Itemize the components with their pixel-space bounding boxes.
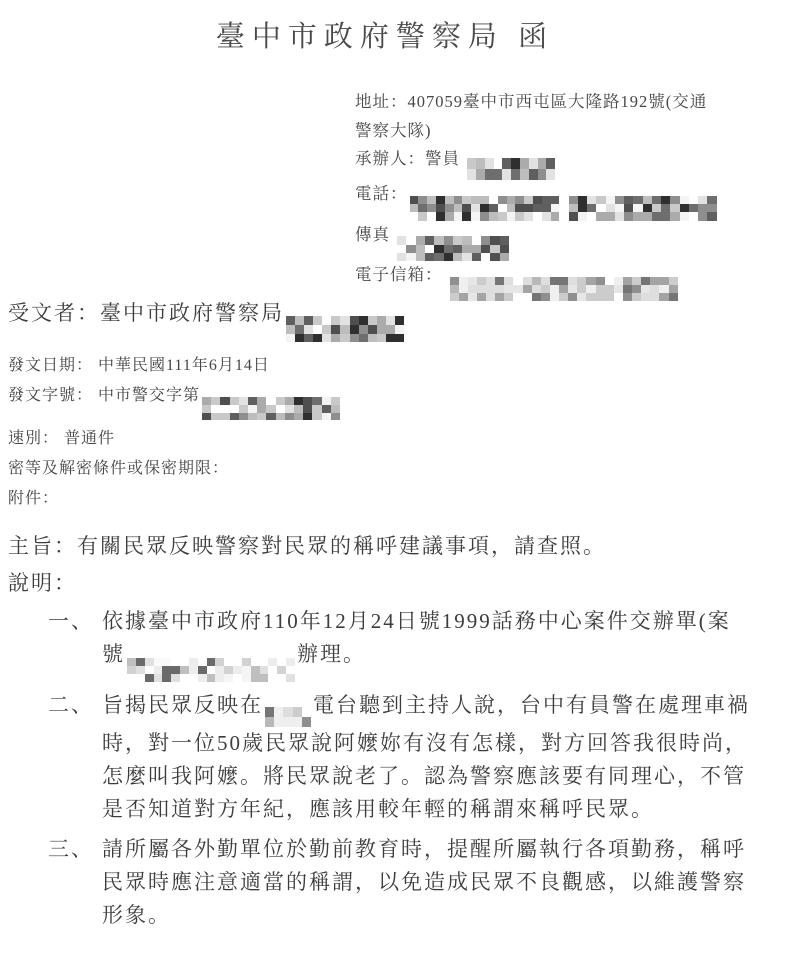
explanation-item: 一、依據臺中市政府110年12月24日號1999話務中心案件交辦單(案號辦理。 [48, 605, 763, 682]
redacted-mosaic [202, 397, 340, 420]
text-segment: 附件： [8, 490, 59, 507]
redacted-mosaic [286, 316, 404, 342]
text-segment: 傳真 [355, 225, 395, 244]
item-text: 旨揭民眾反映在電台聽到主持人說，台中有員警在處理車禍時，對一位50歲民眾說阿嬤妳… [102, 689, 752, 826]
subject-line: 主旨：有關民眾反映警察對民眾的稱呼建議事項，請查照。 [8, 528, 788, 565]
text-segment [562, 184, 567, 203]
text-segment: 發文字號： 中市警交字第 [8, 387, 200, 404]
document-meta-block: 發文日期： 中華民國111年6月14日發文字號： 中市警交字第速別： 普通件密等… [8, 351, 788, 514]
sender-contact-block: 地址：407059臺中市西屯區大隆路192號(交通警察大隊)承辦人：警員 電話：… [355, 88, 795, 301]
redacted-mosaic [127, 658, 295, 682]
text-segment: 警察大隊) [355, 121, 432, 140]
explanation-items: 一、依據臺中市政府110年12月24日號1999話務中心案件交辦單(案號辦理。二… [48, 605, 763, 939]
redacted-mosaic [569, 196, 717, 221]
explanation-label: 說明： [8, 565, 788, 602]
redacted-mosaic [265, 707, 311, 727]
item-number: 三、 [48, 833, 102, 932]
item-number: 一、 [48, 605, 102, 682]
redacted-mosaic [410, 196, 560, 221]
sender-contact-line: 地址：407059臺中市西屯區大隆路192號(交通 [355, 88, 795, 117]
text-segment: 受文者：臺中市政府警察局 [8, 301, 284, 325]
subject-block: 主旨：有關民眾反映警察對民眾的稱呼建議事項，請查照。 說明： [8, 528, 788, 602]
explanation-item: 三、請所屬各外勤單位於勤前教育時，提醒所屬執行各項勤務，稱呼民眾時應注意適當的稱… [48, 833, 763, 932]
text-segment: 電話： [355, 184, 408, 203]
sender-contact-line: 警察大隊) [355, 117, 795, 146]
text-segment: 承辦人：警員 [355, 149, 465, 168]
text-segment: 地址：407059臺中市西屯區大隆路192號(交通 [355, 92, 707, 111]
recipient-line: 受文者：臺中市政府警察局 [8, 297, 788, 342]
meta-line: 發文字號： 中市警交字第 [8, 381, 788, 420]
text-segment: 速別： 普通件 [8, 430, 115, 447]
text-segment: 密等及解密條件或保密期限： [8, 460, 229, 477]
redacted-mosaic [467, 158, 555, 180]
meta-line: 密等及解密條件或保密期限： [8, 454, 788, 484]
sender-contact-line: 傳真 [355, 221, 795, 262]
meta-line: 附件： [8, 484, 788, 514]
sender-contact-line: 承辦人：警員 [355, 145, 795, 180]
sender-contact-line: 電話： [355, 180, 795, 221]
text-segment: 辦理。 [297, 642, 366, 666]
text-segment: 發文日期： 中華民國111年6月14日 [8, 357, 270, 374]
sender-contact-line: 電子信箱： [355, 261, 795, 301]
meta-line: 速別： 普通件 [8, 424, 788, 454]
redacted-mosaic [397, 236, 509, 261]
item-text: 依據臺中市政府110年12月24日號1999話務中心案件交辦單(案號辦理。 [102, 605, 752, 682]
meta-line: 發文日期： 中華民國111年6月14日 [8, 351, 788, 381]
item-text: 請所屬各外勤單位於勤前教育時，提醒所屬執行各項勤務，稱呼民眾時應注意適當的稱謂，… [102, 833, 752, 932]
text-segment: 旨揭民眾反映在 [102, 693, 263, 717]
text-segment: 電子信箱： [355, 265, 448, 284]
document-page: 臺中市政府警察局 函 地址：407059臺中市西屯區大隆路192號(交通警察大隊… [0, 0, 800, 965]
item-number: 二、 [48, 689, 102, 826]
document-title: 臺中市政府警察局 函 [0, 14, 770, 55]
text-segment: 請所屬各外勤單位於勤前教育時，提醒所屬執行各項勤務，稱呼民眾時應注意適當的稱謂，… [102, 837, 746, 927]
explanation-item: 二、旨揭民眾反映在電台聽到主持人說，台中有員警在處理車禍時，對一位50歲民眾說阿… [48, 689, 763, 826]
